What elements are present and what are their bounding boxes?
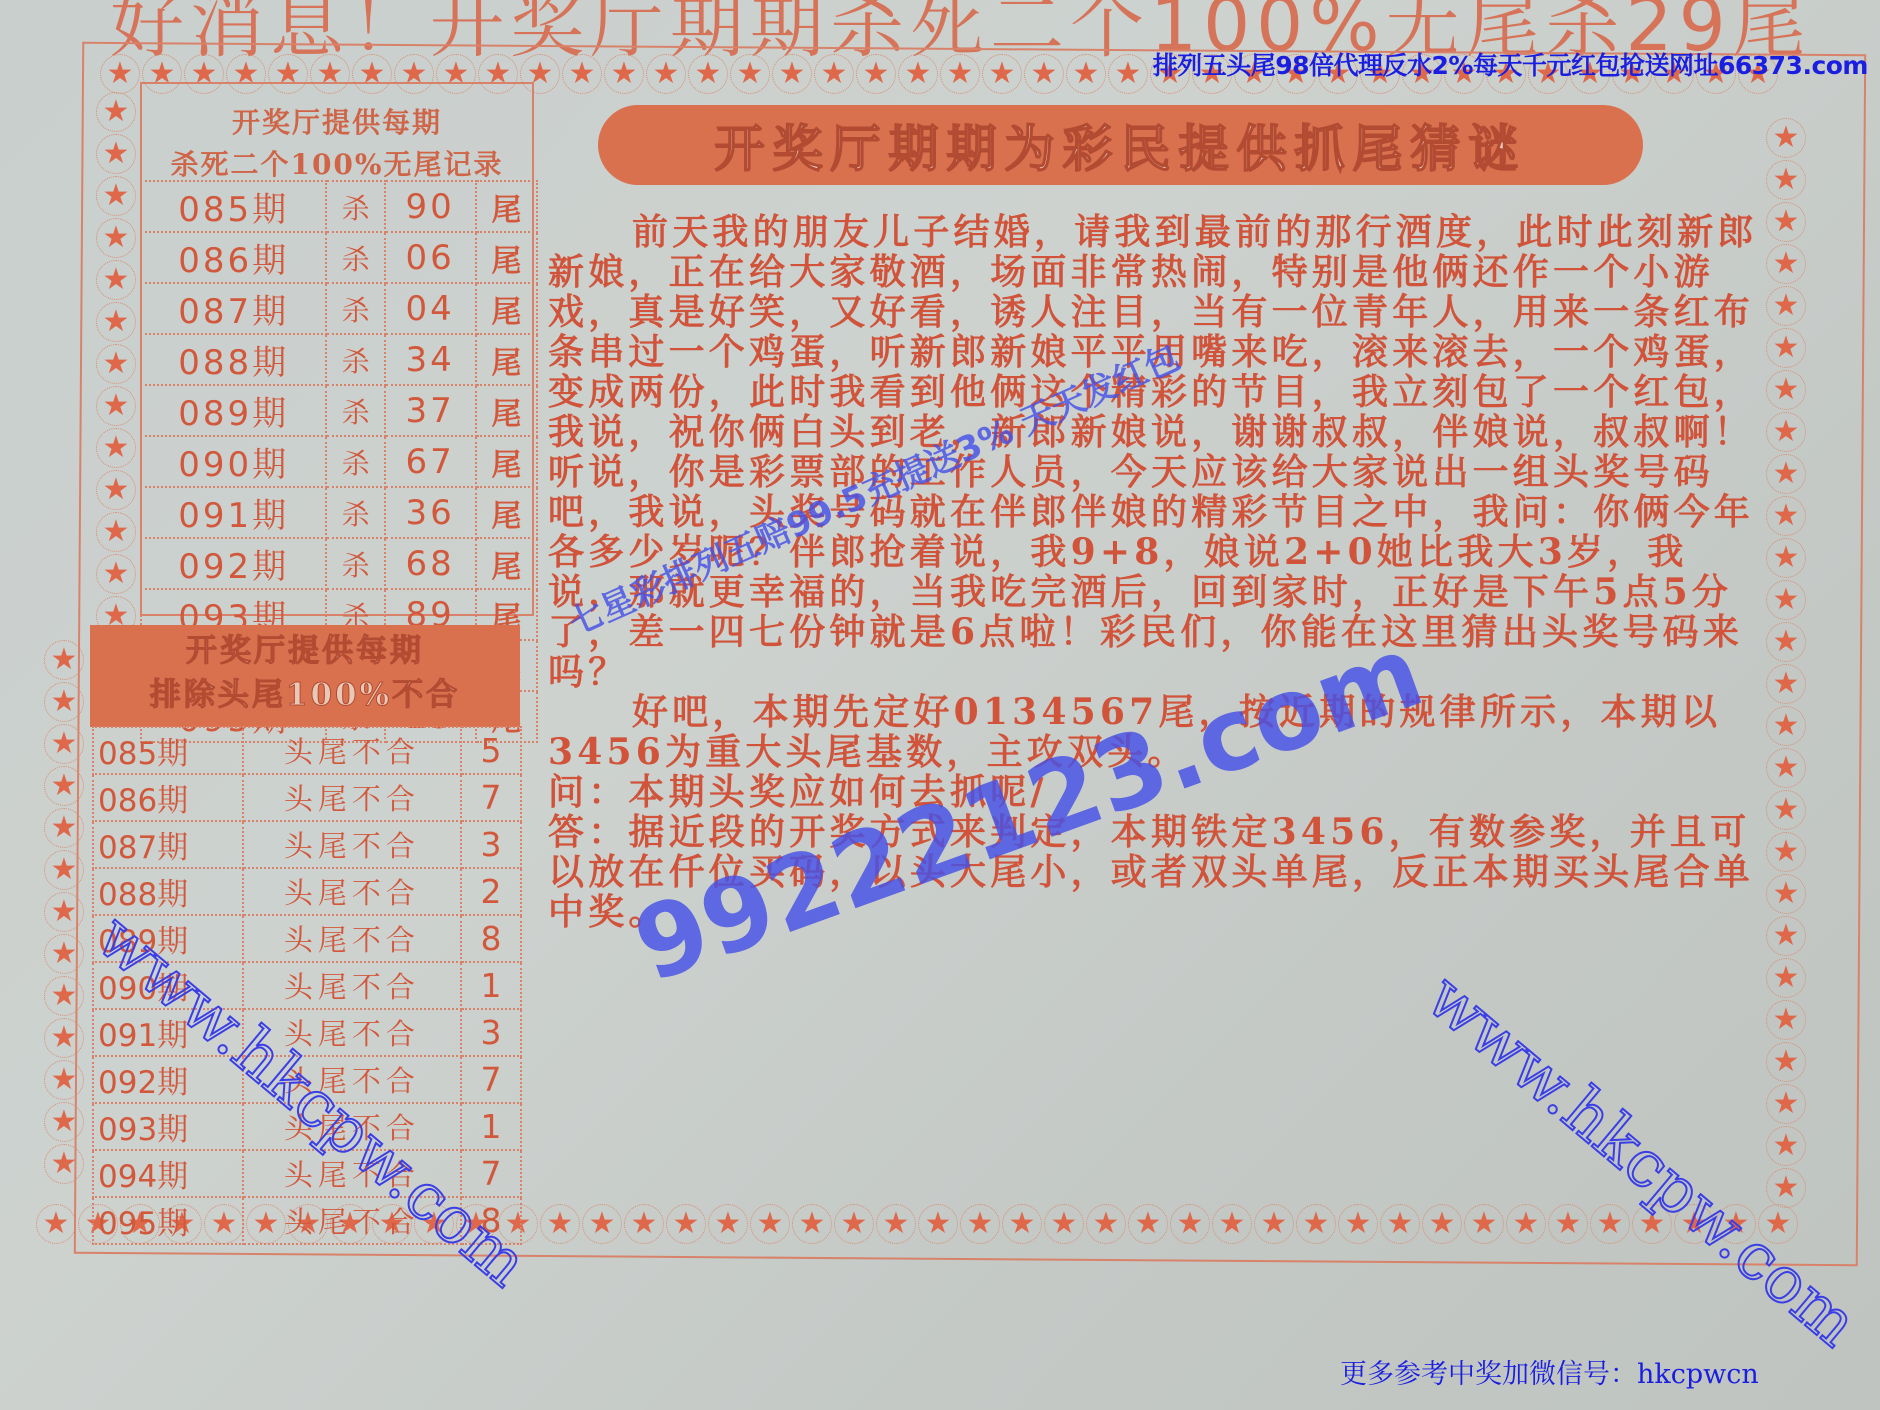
- star-icon: ★: [44, 766, 84, 806]
- kill-cell-action: 杀: [326, 487, 384, 538]
- kill-row: 090期杀67尾: [141, 436, 537, 487]
- kill-cell-digits: 68: [385, 538, 476, 589]
- star-icon: ★: [1766, 958, 1806, 998]
- star-icon: ★: [96, 428, 136, 468]
- kill-cell-action: 杀: [326, 232, 384, 283]
- star-icon: ★: [1464, 1204, 1504, 1244]
- star-icon: ★: [96, 554, 136, 594]
- star-icon: ★: [44, 640, 84, 680]
- star-icon: ★: [44, 976, 84, 1016]
- star-icon: ★: [44, 1018, 84, 1058]
- head-tail-cell-label: 头尾不合: [243, 915, 461, 962]
- head-tail-row: 086期头尾不合7: [93, 774, 521, 821]
- star-icon: ★: [44, 1144, 84, 1184]
- star-icon: ★: [730, 54, 770, 94]
- star-icon: ★: [1044, 1204, 1084, 1244]
- star-icon: ★: [1212, 1204, 1252, 1244]
- star-icon: ★: [1590, 1204, 1630, 1244]
- star-icon: ★: [44, 1102, 84, 1142]
- star-icon: ★: [1766, 916, 1806, 956]
- head-tail-cell-period: 086期: [93, 774, 243, 821]
- kill-cell-digits: 34: [385, 334, 476, 385]
- kill-row: 086期杀06尾: [141, 232, 537, 283]
- star-icon: ★: [1086, 1204, 1126, 1244]
- article-banner-text: 开奖厅期期为彩民提供抓尾猜谜: [715, 109, 1527, 181]
- kill-row: 092期杀68尾: [141, 538, 537, 589]
- star-icon: ★: [1766, 538, 1806, 578]
- kill-cell-period: 092期: [141, 538, 326, 589]
- star-icon: ★: [44, 808, 84, 848]
- star-icon: ★: [44, 934, 84, 974]
- star-icon: ★: [562, 54, 602, 94]
- star-icon: ★: [44, 892, 84, 932]
- star-icon: ★: [96, 176, 136, 216]
- star-icon: ★: [96, 470, 136, 510]
- star-icon: ★: [792, 1204, 832, 1244]
- star-icon: ★: [1766, 286, 1806, 326]
- star-icon: ★: [604, 54, 644, 94]
- star-icon: ★: [1128, 1204, 1168, 1244]
- star-icon: ★: [1766, 1168, 1806, 1208]
- kill-cell-unit: 尾: [476, 181, 537, 232]
- star-icon: ★: [1338, 1204, 1378, 1244]
- star-icon: ★: [1766, 496, 1806, 536]
- star-icon: ★: [36, 1204, 76, 1244]
- head-tail-cell-period: 093期: [93, 1103, 243, 1150]
- star-icon: ★: [1422, 1204, 1462, 1244]
- star-icon: ★: [646, 54, 686, 94]
- kill-cell-action: 杀: [326, 181, 384, 232]
- star-icon: ★: [1766, 1042, 1806, 1082]
- star-icon: ★: [96, 386, 136, 426]
- kill-row: 085期杀90尾: [141, 181, 537, 232]
- head-tail-cell-value: 7: [461, 774, 521, 821]
- kill-cell-digits: 37: [385, 385, 476, 436]
- star-icon: ★: [44, 682, 84, 722]
- article-paragraph-story: 前天我的朋友儿子结婚，请我到最前的那行酒度，此时此刻新郎新娘，正在给大家敬酒，场…: [548, 212, 1758, 692]
- head-tail-cell-period: 087期: [93, 821, 243, 868]
- head-tail-cell-label: 头尾不合: [243, 868, 461, 915]
- kill-cell-action: 杀: [326, 538, 384, 589]
- star-icon: ★: [1766, 328, 1806, 368]
- star-icon: ★: [960, 1204, 1000, 1244]
- star-icon: ★: [44, 850, 84, 890]
- star-icon: ★: [96, 512, 136, 552]
- star-icon: ★: [96, 134, 136, 174]
- head-tail-cell-period: 095期: [93, 1197, 243, 1244]
- star-icon: ★: [624, 1204, 664, 1244]
- star-icon: ★: [1766, 454, 1806, 494]
- head-tail-cell-label: 头尾不合: [243, 774, 461, 821]
- star-icon: ★: [1024, 54, 1064, 94]
- star-icon: ★: [1296, 1204, 1336, 1244]
- kill-cell-action: 杀: [326, 334, 384, 385]
- star-icon: ★: [1066, 54, 1106, 94]
- star-icon: ★: [1380, 1204, 1420, 1244]
- star-icon: ★: [1766, 832, 1806, 872]
- kill-cell-period: 090期: [141, 436, 326, 487]
- star-icon: ★: [96, 344, 136, 384]
- kill-cell-action: 杀: [326, 385, 384, 436]
- star-icon: ★: [876, 1204, 916, 1244]
- head-tail-cell-period: 088期: [93, 868, 243, 915]
- star-icon: ★: [708, 1204, 748, 1244]
- kill-panel-title: 开奖厅提供每期 杀死二个100%无尾记录: [142, 84, 532, 186]
- star-icon: ★: [1766, 202, 1806, 242]
- head-tail-row: 087期头尾不合3: [93, 821, 521, 868]
- star-icon: ★: [1766, 118, 1806, 158]
- head-tail-cell-value: 8: [461, 915, 521, 962]
- kill-cell-period: 089期: [141, 385, 326, 436]
- star-icon: ★: [1548, 1204, 1588, 1244]
- star-icon: ★: [1766, 160, 1806, 200]
- star-icon: ★: [1170, 1204, 1210, 1244]
- star-icon: ★: [540, 1204, 580, 1244]
- star-icon: ★: [772, 54, 812, 94]
- star-icon: ★: [1254, 1204, 1294, 1244]
- star-icon: ★: [918, 1204, 958, 1244]
- star-border-left-lower: ★★★★★★★★★★★★★: [44, 640, 84, 1184]
- kill-cell-digits: 04: [385, 283, 476, 334]
- kill-cell-period: 088期: [141, 334, 326, 385]
- head-tail-cell-label: 头尾不合: [243, 727, 461, 774]
- star-icon: ★: [100, 54, 140, 94]
- star-border-left: ★★★★★★★★★★★★★: [96, 92, 136, 636]
- head-tail-cell-value: 1: [461, 962, 521, 1009]
- kill-cell-action: 杀: [326, 436, 384, 487]
- star-icon: ★: [96, 92, 136, 132]
- star-icon: ★: [1766, 1126, 1806, 1166]
- kill-cell-digits: 67: [385, 436, 476, 487]
- kill-cell-unit: 尾: [476, 538, 537, 589]
- star-icon: ★: [750, 1204, 790, 1244]
- kill-cell-unit: 尾: [476, 487, 537, 538]
- star-icon: ★: [688, 54, 728, 94]
- star-icon: ★: [44, 724, 84, 764]
- star-icon: ★: [1766, 580, 1806, 620]
- star-icon: ★: [1002, 1204, 1042, 1244]
- head-tail-cell-label: 头尾不合: [243, 962, 461, 1009]
- star-icon: ★: [1766, 370, 1806, 410]
- kill-cell-digits: 90: [385, 181, 476, 232]
- star-border-right: ★★★★★★★★★★★★★★★★★★★★★★★★★★: [1766, 118, 1806, 1208]
- star-icon: ★: [96, 302, 136, 342]
- star-icon: ★: [940, 54, 980, 94]
- promo-banner-top: 排列五头尾98倍代理反水2%每天千元红包抢送网址66373.com: [1153, 46, 1868, 82]
- head-tail-title-line1: 开奖厅提供每期: [90, 629, 520, 673]
- kill-cell-unit: 尾: [476, 436, 537, 487]
- star-icon: ★: [1766, 1000, 1806, 1040]
- head-tail-cell-value: 3: [461, 821, 521, 868]
- star-icon: ★: [1766, 748, 1806, 788]
- star-icon: ★: [1766, 1084, 1806, 1124]
- kill-cell-action: 杀: [326, 283, 384, 334]
- kill-cell-unit: 尾: [476, 385, 537, 436]
- star-icon: ★: [982, 54, 1022, 94]
- star-icon: ★: [1766, 790, 1806, 830]
- star-icon: ★: [96, 218, 136, 258]
- kill-cell-period: 085期: [141, 181, 326, 232]
- star-icon: ★: [1766, 244, 1806, 284]
- head-tail-panel-title: 开奖厅提供每期 排除头尾100%不合: [90, 625, 520, 727]
- kill-cell-digits: 06: [385, 232, 476, 283]
- star-icon: ★: [582, 1204, 622, 1244]
- kill-row: 087期杀04尾: [141, 283, 537, 334]
- star-icon: ★: [1766, 664, 1806, 704]
- star-icon: ★: [1766, 622, 1806, 662]
- star-icon: ★: [834, 1204, 874, 1244]
- head-tail-cell-value: 1: [461, 1103, 521, 1150]
- kill-cell-unit: 尾: [476, 283, 537, 334]
- head-tail-cell-value: 3: [461, 1009, 521, 1056]
- promo-contact: 更多参考中奖加微信号：hkcpwcn: [1340, 1352, 1759, 1391]
- head-tail-cell-value: 5: [461, 727, 521, 774]
- kill-row: 088期杀34尾: [141, 334, 537, 385]
- kill-row: 091期杀36尾: [141, 487, 537, 538]
- kill-panel-title-line1: 开奖厅提供每期: [142, 102, 532, 144]
- head-tail-title-line2: 排除头尾100%不合: [90, 673, 520, 717]
- article-banner: 开奖厅期期为彩民提供抓尾猜谜: [598, 105, 1643, 185]
- star-icon: ★: [898, 54, 938, 94]
- star-icon: ★: [1766, 412, 1806, 452]
- kill-cell-unit: 尾: [476, 232, 537, 283]
- star-icon: ★: [856, 54, 896, 94]
- star-icon: ★: [44, 1060, 84, 1100]
- kill-cell-period: 086期: [141, 232, 326, 283]
- star-icon: ★: [1506, 1204, 1546, 1244]
- star-icon: ★: [1766, 874, 1806, 914]
- star-icon: ★: [1766, 706, 1806, 746]
- star-icon: ★: [814, 54, 854, 94]
- kill-row: 089期杀37尾: [141, 385, 537, 436]
- head-tail-cell-period: 094期: [93, 1150, 243, 1197]
- head-tail-row: 088期头尾不合2: [93, 868, 521, 915]
- kill-cell-digits: 36: [385, 487, 476, 538]
- head-tail-cell-period: 085期: [93, 727, 243, 774]
- head-tail-cell-value: 7: [461, 1056, 521, 1103]
- head-tail-cell-label: 头尾不合: [243, 821, 461, 868]
- star-icon: ★: [96, 260, 136, 300]
- kill-cell-period: 087期: [141, 283, 326, 334]
- head-tail-cell-value: 2: [461, 868, 521, 915]
- star-icon: ★: [666, 1204, 706, 1244]
- kill-cell-period: 091期: [141, 487, 326, 538]
- head-tail-row: 085期头尾不合5: [93, 727, 521, 774]
- star-icon: ★: [1108, 54, 1148, 94]
- kill-cell-unit: 尾: [476, 334, 537, 385]
